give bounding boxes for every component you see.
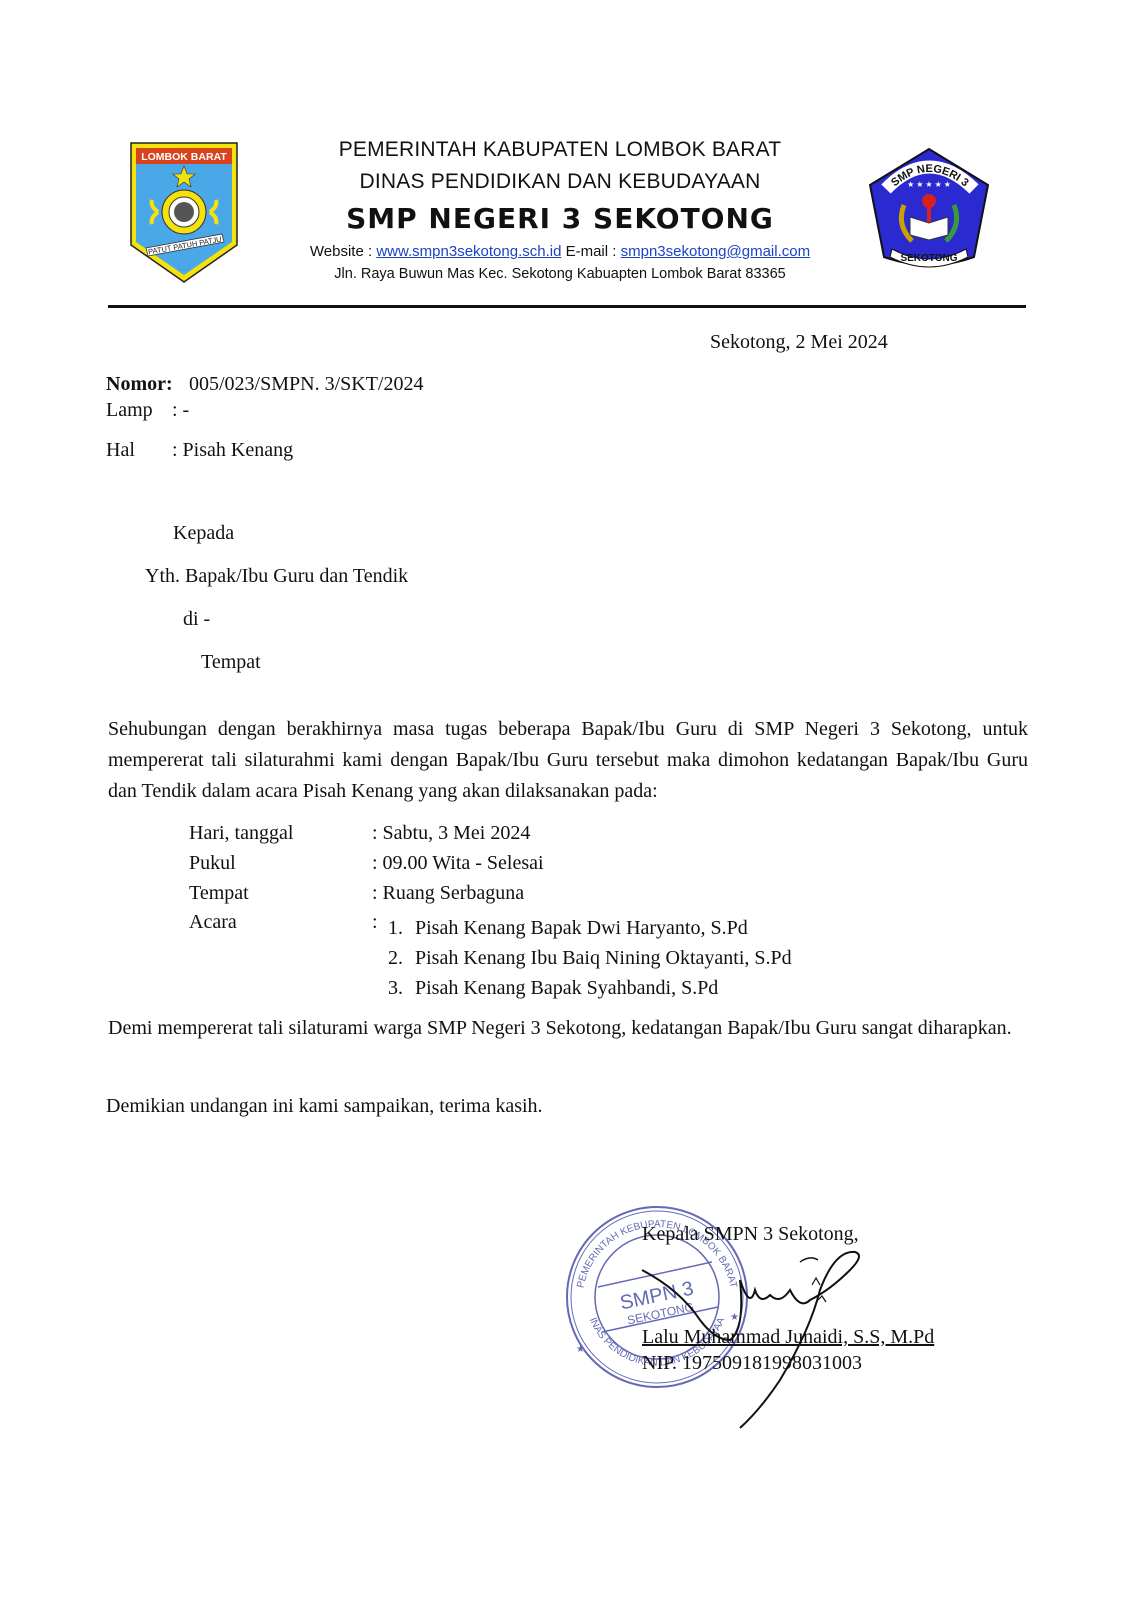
smpn3-sekotong-crest-icon: SMP NEGERI 3 ★ ★ ★ ★ ★ SEKOTONG: [864, 145, 994, 275]
svg-text:★: ★: [576, 1344, 585, 1355]
nomor-label: Nomor:: [106, 374, 173, 394]
letterhead-divider: [108, 305, 1026, 308]
handwritten-signature-icon: [640, 1250, 890, 1430]
email-link[interactable]: smpn3sekotong@gmail.com: [621, 243, 810, 260]
recipient-di: di -: [183, 609, 210, 629]
lamp-value: : -: [172, 400, 189, 420]
agenda-item-3: Pisah Kenang Bapak Syahbandi, S.Pd: [415, 978, 718, 998]
detail-value-agenda: :: [372, 912, 378, 932]
closing-line: Demikian undangan ini kami sampaikan, te…: [106, 1096, 543, 1116]
agenda-item-1: Pisah Kenang Bapak Dwi Haryanto, S.Pd: [415, 918, 748, 938]
email-label: E-mail :: [561, 243, 620, 260]
website-label: Website :: [310, 243, 376, 260]
closing-paragraph: Demi mempererat tali silaturami warga SM…: [108, 1013, 1028, 1044]
letterhead-school-name: SMP NEGERI 3 SEKOTONG: [270, 202, 850, 235]
hal-label: Hal: [106, 440, 135, 460]
website-link[interactable]: www.smpn3sekotong.sch.id: [376, 243, 561, 260]
agenda-num-2: 2.: [388, 948, 403, 968]
crest-banner-text: LOMBOK BARAT: [141, 151, 227, 163]
opening-paragraph: Sehubungan dengan berakhirnya masa tugas…: [108, 714, 1028, 807]
recipient-to: Kepada: [173, 523, 234, 543]
recipient-name: Yth. Bapak/Ibu Guru dan Tendik: [145, 566, 408, 586]
signatory-title: Kepala SMPN 3 Sekotong,: [642, 1224, 859, 1244]
svg-text:★ ★ ★ ★ ★: ★ ★ ★ ★ ★: [907, 180, 951, 189]
detail-label-place: Tempat: [189, 883, 249, 903]
agenda-item-2: Pisah Kenang Ibu Baiq Nining Oktayanti, …: [415, 948, 792, 968]
recipient-place: Tempat: [201, 652, 261, 672]
letterhead-department: DINAS PENDIDIKAN DAN KEBUDAYAAN: [270, 170, 850, 194]
agenda-num-3: 3.: [388, 978, 403, 998]
detail-value-time: : 09.00 Wita - Selesai: [372, 853, 544, 873]
detail-label-day: Hari, tanggal: [189, 823, 293, 843]
letterhead-government: PEMERINTAH KABUPATEN LOMBOK BARAT: [270, 138, 850, 162]
letterhead-contact: Website : www.smpn3sekotong.sch.id E-mai…: [270, 243, 850, 260]
hal-value: : Pisah Kenang: [172, 440, 293, 460]
place-date: Sekotong, 2 Mei 2024: [710, 332, 888, 352]
nomor-value: 005/023/SMPN. 3/SKT/2024: [189, 374, 423, 394]
crest-bottom-text: SEKOTONG: [900, 253, 957, 264]
lombok-barat-crest-icon: LOMBOK BARAT PATUT PATUH PATJU: [128, 140, 240, 285]
detail-label-agenda: Acara: [189, 912, 237, 932]
lamp-label: Lamp: [106, 400, 153, 420]
agenda-num-1: 1.: [388, 918, 403, 938]
letterhead-address: Jln. Raya Buwun Mas Kec. Sekotong Kabuap…: [270, 266, 850, 282]
detail-value-place: : Ruang Serbaguna: [372, 883, 524, 903]
detail-value-day: : Sabtu, 3 Mei 2024: [372, 823, 530, 843]
detail-label-time: Pukul: [189, 853, 236, 873]
